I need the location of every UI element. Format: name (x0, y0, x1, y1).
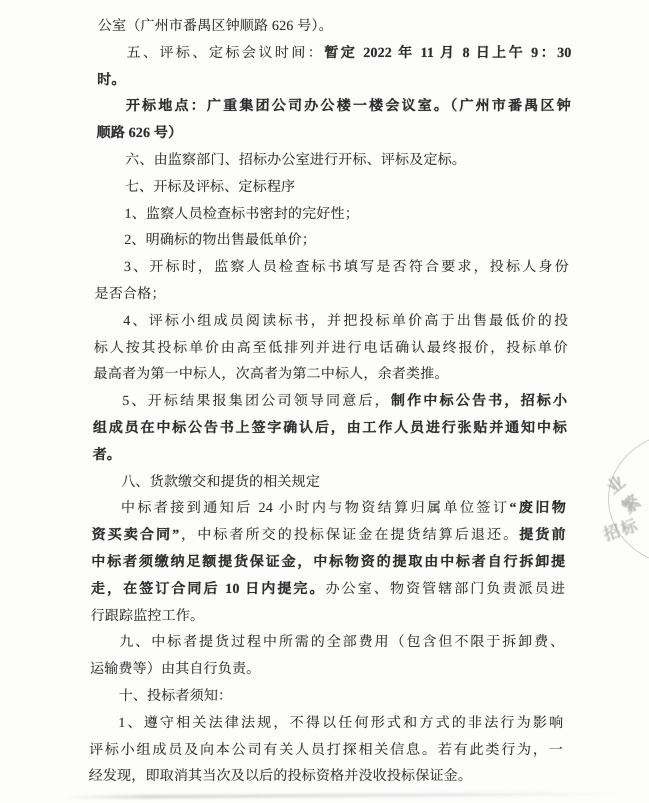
text-segment: ，中标者所交的投标保证金在提货结算后退还。 (179, 528, 519, 543)
document-line: 1、监察人员检查标书密封的完好性； (95, 202, 569, 229)
document-line: 2、明确标的物出售最低单价； (95, 228, 569, 255)
document-line: 中标者须缴纳足额提货保证金，中标物资的提取由中标者自行拆卸提 (91, 550, 565, 577)
document-line: 九、中标者提货过程中所需的全部费用（包含但不限于拆卸费、 (90, 630, 564, 657)
document-line: 4、评标小组成员阅读标书，并把投标单价高于出售最低价的投 (94, 309, 568, 336)
document-line: 运输费等）由其自行负责。 (90, 657, 564, 684)
text-segment: 资买卖合同” (92, 528, 180, 543)
text-segment: 十、投标者须知： (119, 689, 233, 704)
text-segment: 3、开标时，监察人员检查标书填写是否符合要求，投标人身份 (124, 260, 569, 275)
document-line: 十、投标者须知： (89, 684, 563, 711)
document-line: 公室（广州市番禺区钟顺路 626 号）。 (98, 14, 572, 41)
text-segment: 评标小组成员及向本公司有关人员打探相关信息。若有此类行为，一 (89, 743, 563, 758)
document-line: 八、货款缴交和提货的相关规定 (92, 470, 566, 497)
document-line: 七、开标及评标、定标程序 (96, 175, 570, 202)
text-segment: 标人按其投标单价由高至低排列并进行电话确认最终报价，投标单价 (94, 341, 568, 356)
text-segment: 者。 (93, 448, 122, 463)
text-segment: 走，在签订合同后 10 日内提完。 (91, 582, 326, 597)
text-segment: 中标者须缴纳足额提货保证金，中标物资的提取由中标者自行拆卸提 (91, 555, 565, 570)
text-segment: 时。 (97, 73, 126, 88)
document-line: 中标者接到通知后 24 小时内与物资结算归属单位签订“废旧物 (92, 496, 566, 523)
scan-smudge-artifact (64, 792, 624, 798)
text-segment: 提货前 (519, 528, 566, 543)
text-segment: 1、遵守相关法律法规，不得以任何形式和方式的非法行为影响 (118, 716, 563, 731)
document-line: 五、评标、定标会议时间：暂定 2022 年 11 月 8 日上午 9：30 (97, 41, 571, 68)
document-line: 组成员在中标公告书上签字确认后，由工作人员进行张贴并通知中标 (93, 416, 567, 443)
text-segment: 公室（广州市番禺区钟顺路 626 号）。 (98, 19, 333, 34)
document-line: 是否合格； (94, 282, 568, 309)
document-line: 标人按其投标单价由高至低排列并进行电话确认最终报价，投标单价 (94, 336, 568, 363)
text-segment: 八、货款缴交和提货的相关规定 (121, 475, 320, 490)
text-segment: 办公室、物资管辖部门负责派员进 (326, 582, 566, 597)
document-line: 最高者为第一中标人，次高者为第二中标人，余者类推。 (93, 362, 567, 389)
document-text: 公室（广州市番禺区钟顺路 626 号）。五、评标、定标会议时间：暂定 2022 … (89, 14, 572, 791)
seal-ring-icon (608, 432, 649, 566)
text-segment: 2、明确标的物出售最低单价； (124, 233, 316, 248)
text-segment: 七、开标及评标、定标程序 (125, 180, 296, 195)
document-line: 3、开标时，监察人员检查标书填写是否符合要求，投标人身份 (95, 255, 569, 282)
text-segment: 是否合格； (94, 287, 165, 302)
text-segment: 行跟踪监控工作。 (91, 609, 205, 624)
text-segment: 五、评标、定标会议时间： (126, 46, 324, 61)
document-line: 资买卖合同”，中标者所交的投标保证金在提货结算后退还。提货前 (91, 523, 565, 550)
seal-text-fragment: 业繁 (601, 456, 649, 518)
text-segment: 制作中标公告书，招标小 (391, 394, 568, 409)
document-line: 评标小组成员及向本公司有关人员打探相关信息。若有此类行为，一 (89, 738, 563, 765)
text-segment: 组成员在中标公告书上签字确认后，由工作人员进行张贴并通知中标 (93, 421, 567, 436)
text-segment: 六、由监察部门、招标办公室进行开标、评标及定标。 (125, 153, 466, 168)
text-segment: 1、监察人员检查标书密封的完好性； (124, 207, 359, 222)
text-segment: “废旧物 (509, 501, 566, 516)
text-segment: 经发现，即取消其当次及以后的投标资格并没收投标保证金。 (89, 769, 473, 784)
text-segment: 顺路 626 号） (96, 126, 182, 141)
document-line: 顺路 626 号） (96, 121, 570, 148)
document-page: 公室（广州市番禺区钟顺路 626 号）。五、评标、定标会议时间：暂定 2022 … (0, 0, 649, 803)
text-segment: 5、开标结果报集团公司领导同意后， (122, 394, 391, 409)
document-line: 者。 (92, 443, 566, 470)
text-segment: 暂定 2022 年 11 月 8 日上午 9：30 (324, 46, 571, 61)
text-segment: 4、评标小组成员阅读标书，并把投标单价高于出售最低价的投 (123, 314, 568, 329)
document-line: 开标地点：广重集团公司办公楼一楼会议室。（广州市番禺区钟 (97, 94, 571, 121)
document-line: 经发现，即取消其当次及以后的投标资格并没收投标保证金。 (89, 764, 563, 791)
text-segment: 运输费等）由其自行负责。 (90, 662, 261, 677)
document-line: 行跟踪监控工作。 (90, 604, 564, 631)
text-segment: 开标地点：广重集团公司办公楼一楼会议室。（广州市番禺区钟 (126, 99, 571, 114)
text-segment: 中标者接到通知后 24 小时内与物资结算归属单位签订 (121, 501, 510, 516)
seal-text-fragment: 招标 (600, 512, 641, 545)
document-line: 走，在签订合同后 10 日内提完。办公室、物资管辖部门负责派员进 (91, 577, 565, 604)
document-line: 1、遵守相关法律法规，不得以任何形式和方式的非法行为影响 (89, 711, 563, 738)
text-segment: 九、中标者提货过程中所需的全部费用（包含但不限于拆卸费、 (119, 635, 564, 650)
document-line: 六、由监察部门、招标办公室进行开标、评标及定标。 (96, 148, 570, 175)
document-line: 时。 (97, 68, 571, 95)
text-segment: 最高者为第一中标人，次高者为第二中标人，余者类推。 (93, 367, 448, 382)
document-line: 5、开标结果报集团公司领导同意后，制作中标公告书，招标小 (93, 389, 567, 416)
